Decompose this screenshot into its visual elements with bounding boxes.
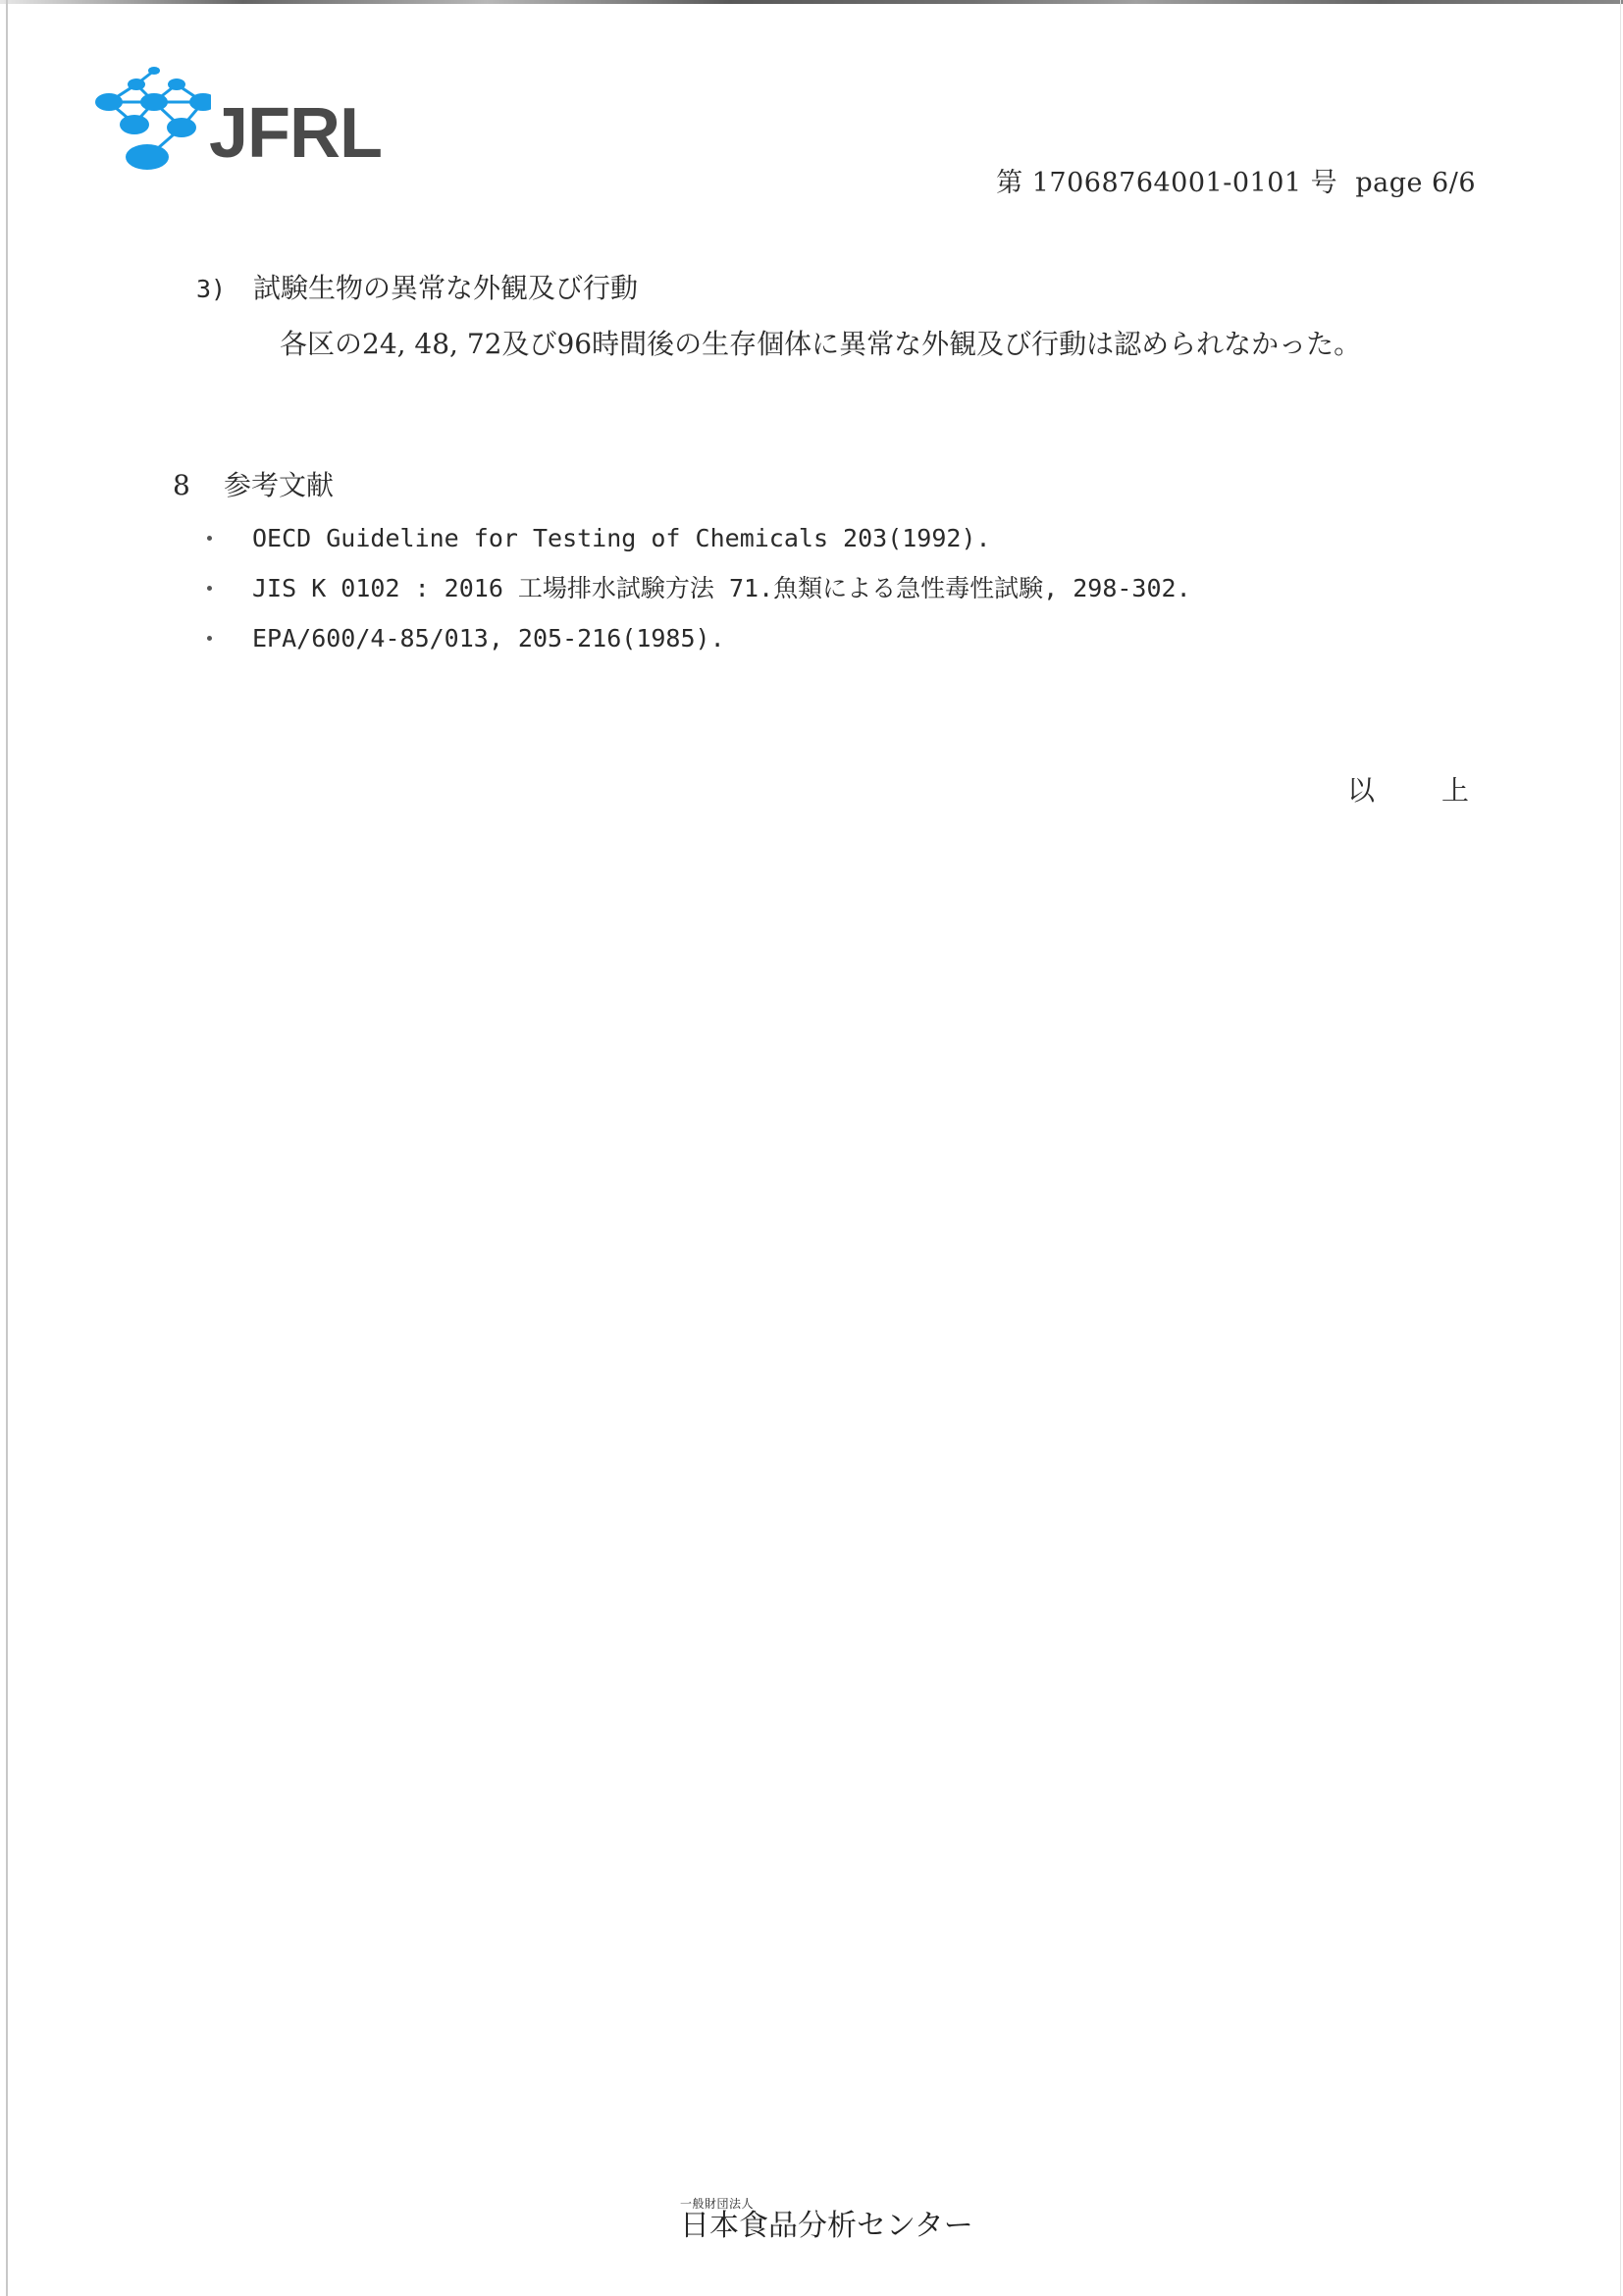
bullet-icon (207, 586, 212, 591)
footer-org-name: 日本食品分析センター (680, 2210, 973, 2242)
closing-char: 上 (1441, 769, 1469, 809)
section-8-number: 8 (173, 472, 190, 499)
reference-text: EPA/600/4-85/013, 205-216(1985). (252, 626, 725, 651)
reference-text: JIS K 0102 : 2016 工場排水試験方法 71.魚類による急性毒性試… (252, 576, 1191, 600)
footer-org: 一般財団法人 日本食品分析センター (680, 2198, 973, 2242)
network-molecule-icon (93, 61, 211, 174)
report-prefix: 第 (996, 168, 1023, 198)
closing-mark: 以上 (1347, 769, 1469, 809)
section-8-title: 参考文献 (224, 472, 334, 499)
report-suffix: 号 (1311, 168, 1338, 198)
scan-edge-right (1620, 0, 1621, 2296)
jfrl-logo: JFRL (93, 61, 397, 174)
bullet-icon (207, 536, 212, 541)
closing-char: 以 (1347, 769, 1375, 809)
report-number: 17068764001-0101 (1032, 168, 1302, 198)
logo-wordmark: JFRL (209, 98, 382, 169)
section-3-number: 3) (196, 277, 226, 301)
page-indicator: page 6/6 (1355, 168, 1476, 198)
section-3-title: 試験生物の異常な外観及び行動 (253, 275, 638, 302)
bullet-icon (207, 636, 212, 641)
scan-edge-left (6, 0, 8, 2296)
section-3-body: 各区の24, 48, 72及び96時間後の生存個体に異常な外観及び行動は認められ… (280, 331, 1361, 358)
scan-edge-top (0, 0, 1623, 4)
report-number-line: 第 17068764001-0101 号 page 6/6 (996, 161, 1476, 199)
reference-text: OECD Guideline for Testing of Chemicals … (252, 526, 991, 550)
